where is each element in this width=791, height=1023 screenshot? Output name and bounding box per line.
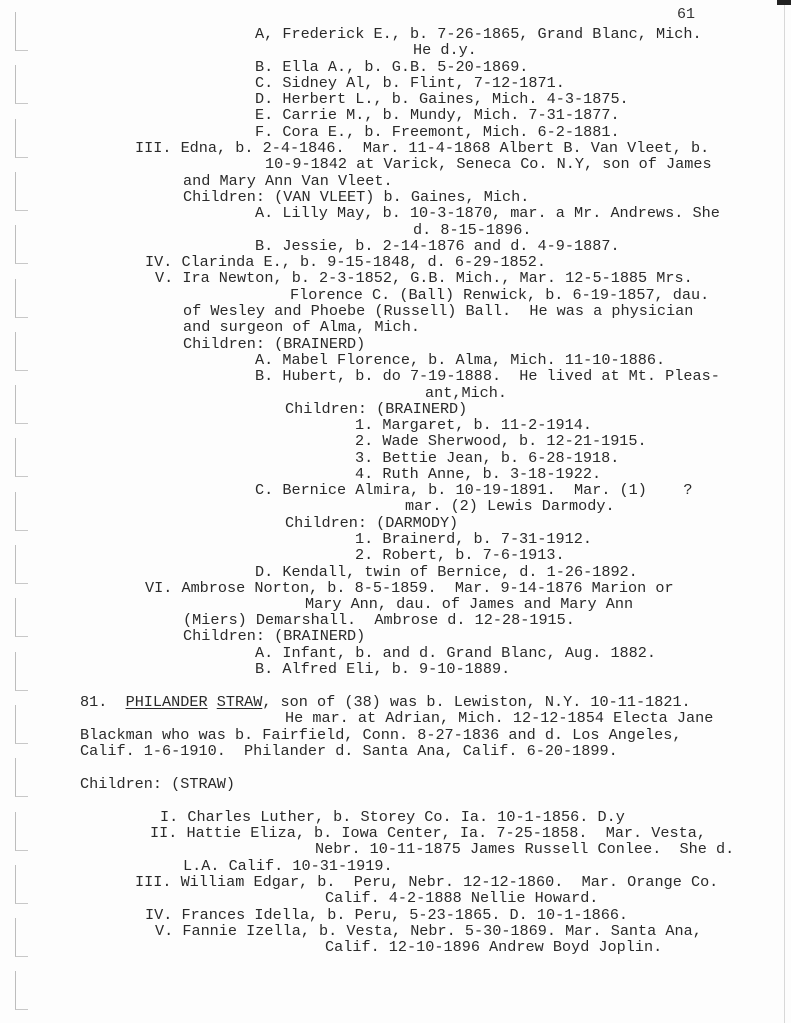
margin-mark — [15, 598, 28, 637]
margin-mark — [15, 652, 28, 691]
text-line: 1. Brainerd, b. 7-31-1912. — [355, 531, 592, 547]
text-line: 10-9-1842 at Varick, Seneca Co. N.Y, son… — [265, 156, 712, 172]
text-line: VI. Ambrose Norton, b. 8-5-1859. Mar. 9-… — [145, 580, 674, 596]
text-line: A, Frederick E., b. 7-26-1865, Grand Bla… — [255, 26, 702, 42]
text-line: of Wesley and Phoebe (Russell) Ball. He … — [183, 303, 693, 319]
entry-name-first: PHILANDER — [126, 693, 208, 711]
margin-mark — [15, 65, 28, 104]
text-line: and surgeon of Alma, Mich. — [183, 319, 420, 335]
margin-mark — [15, 918, 28, 957]
entry-81-header: 81. PHILANDER STRAW, son of (38) was b. … — [80, 694, 691, 710]
text-line: C. Sidney Al, b. Flint, 7-12-1871. — [255, 75, 565, 91]
text-line: 2. Wade Sherwood, b. 12-21-1915. — [355, 433, 647, 449]
margin-mark — [15, 971, 28, 1010]
child-entry-line: Calif. 12-10-1896 Andrew Boyd Joplin. — [325, 939, 662, 955]
child-entry-line: V. Fannie Izella, b. Vesta, Nebr. 5-30-1… — [155, 923, 702, 939]
text-line: A. Mabel Florence, b. Alma, Mich. 11-10-… — [255, 352, 665, 368]
entry-81-children-heading: Children: (STRAW) — [80, 776, 235, 792]
child-entry-line: III. William Edgar, b. Peru, Nebr. 12-12… — [135, 874, 718, 890]
text-line: 2. Robert, b. 7-6-1913. — [355, 547, 565, 563]
entry-number: 81. — [80, 693, 107, 711]
margin-mark — [15, 758, 28, 797]
text-line: ant,Mich. — [425, 385, 507, 401]
child-entry-line: II. Hattie Eliza, b. Iowa Center, Ia. 7-… — [150, 825, 706, 841]
text-line: 4. Ruth Anne, b. 3-18-1922. — [355, 466, 601, 482]
text-line: F. Cora E., b. Freemont, Mich. 6-2-1881. — [255, 124, 620, 140]
margin-mark — [15, 385, 28, 424]
text-line: B. Alfred Eli, b. 9-10-1889. — [255, 661, 510, 677]
margin-mark — [15, 705, 28, 744]
child-entry-line: IV. Frances Idella, b. Peru, 5-23-1865. … — [145, 907, 628, 923]
text-line: Mary Ann, dau. of James and Mary Ann — [305, 596, 633, 612]
document-page: 61 A, Frederick E., b. 7-26-1865, Grand … — [0, 0, 791, 1023]
entry-name-last: STRAW — [217, 693, 263, 711]
text-line: III. Edna, b. 2-4-1846. Mar. 11-4-1868 A… — [135, 140, 709, 156]
text-line: V. Ira Newton, b. 2-3-1852, G.B. Mich., … — [155, 270, 693, 286]
page-edge — [784, 0, 785, 1023]
text-line: B. Jessie, b. 2-14-1876 and d. 4-9-1887. — [255, 238, 620, 254]
text-line: Florence C. (Ball) Renwick, b. 6-19-1857… — [290, 287, 709, 303]
text-line: IV. Clarinda E., b. 9-15-1848, d. 6-29-1… — [145, 254, 546, 270]
child-entry-line: Nebr. 10-11-1875 James Russell Conlee. S… — [315, 841, 734, 857]
text-line: E. Carrie M., b. Mundy, Mich. 7-31-1877. — [255, 107, 620, 123]
text-line: Children: (BRAINERD) — [183, 336, 365, 352]
text-line: Children: (BRAINERD) — [285, 401, 467, 417]
margin-mark — [15, 865, 28, 904]
child-entry-line: Calif. 4-2-1888 Nellie Howard. — [325, 890, 598, 906]
margin-mark — [15, 172, 28, 211]
text-line: Children: (DARMODY) — [285, 515, 458, 531]
text-line: Children: (BRAINERD) — [183, 628, 365, 644]
child-entry-line: I. Charles Luther, b. Storey Co. Ia. 10-… — [160, 809, 625, 825]
margin-mark — [15, 279, 28, 318]
margin-mark — [15, 812, 28, 851]
text-line: mar. (2) Lewis Darmody. — [405, 498, 615, 514]
text-line: 1. Margaret, b. 11-2-1914. — [355, 417, 592, 433]
margin-mark — [15, 12, 28, 51]
text-line: He d.y. — [413, 42, 477, 58]
text-line: D. Kendall, twin of Bernice, d. 1-26-189… — [255, 564, 638, 580]
entry-81-line4: Calif. 1-6-1910. Philander d. Santa Ana,… — [80, 743, 618, 759]
text-line: and Mary Ann Van Vleet. — [183, 173, 393, 189]
margin-mark — [15, 332, 28, 371]
text-line: d. 8-15-1896. — [413, 222, 531, 238]
text-line: B. Ella A., b. G.B. 5-20-1869. — [255, 59, 528, 75]
entry-81-line3: Blackman who was b. Fairfield, Conn. 8-2… — [80, 727, 682, 743]
scan-corner — [777, 0, 791, 5]
margin-mark — [15, 119, 28, 158]
child-entry-line: L.A. Calif. 10-31-1919. — [183, 858, 393, 874]
entry-81-line2: He mar. at Adrian, Mich. 12-12-1854 Elec… — [285, 710, 713, 726]
text-line: (Miers) Demarshall. Ambrose d. 12-28-191… — [183, 612, 575, 628]
text-line: B. Hubert, b. do 7-19-1888. He lived at … — [255, 368, 720, 384]
margin-mark — [15, 545, 28, 584]
text-line: 3. Bettie Jean, b. 6-28-1918. — [355, 450, 619, 466]
text-line: D. Herbert L., b. Gaines, Mich. 4-3-1875… — [255, 91, 629, 107]
text-line: A. Infant, b. and d. Grand Blanc, Aug. 1… — [255, 645, 656, 661]
text-line: Children: (VAN VLEET) b. Gaines, Mich. — [183, 189, 529, 205]
text-line: A. Lilly May, b. 10-3-1870, mar. a Mr. A… — [255, 205, 720, 221]
text-line: C. Bernice Almira, b. 10-19-1891. Mar. (… — [255, 482, 692, 498]
margin-mark — [15, 438, 28, 477]
page-number: 61 — [677, 6, 695, 23]
margin-mark — [15, 225, 28, 264]
margin-mark — [15, 492, 28, 531]
